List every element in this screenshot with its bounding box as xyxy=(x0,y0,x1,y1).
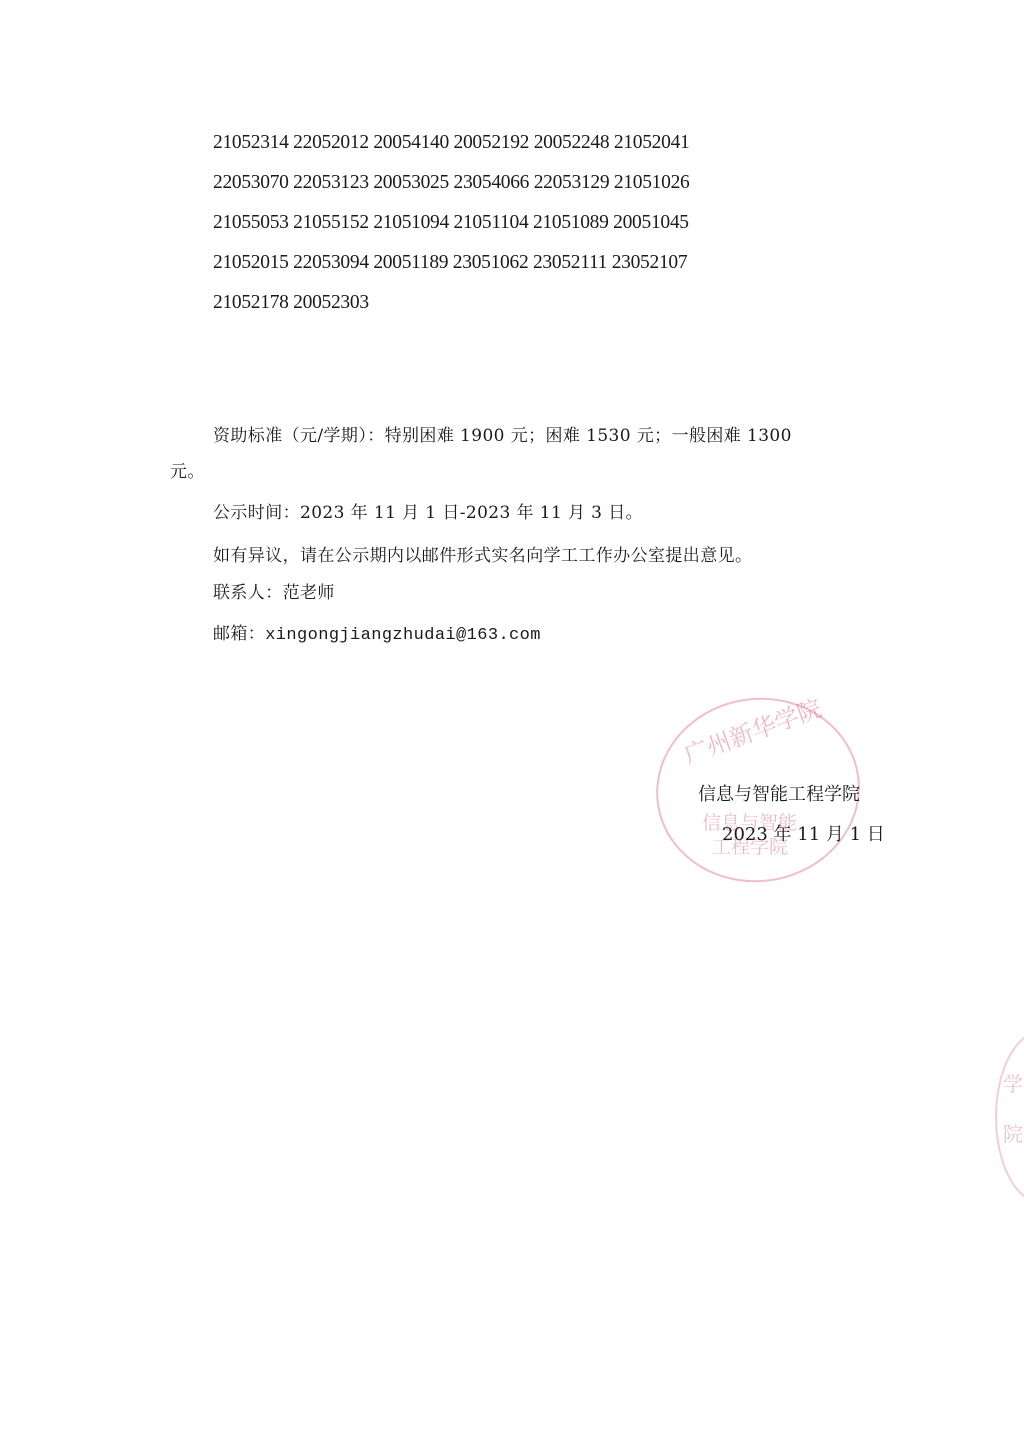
student-id-row: 21052178 20052303 xyxy=(213,288,689,328)
email-label: 邮箱： xyxy=(213,624,265,644)
edge-seal-char: 院 xyxy=(1003,1118,1023,1147)
email-address[interactable]: xingongjiangzhudai@163.com xyxy=(265,626,541,645)
edge-seal xyxy=(995,1030,1024,1204)
student-id-row: 21055053 21055152 21051094 21051104 2105… xyxy=(213,208,689,248)
student-id-row: 21052314 22052012 20054140 20052192 2005… xyxy=(213,128,689,168)
edge-seal-char: 学 xyxy=(1003,1068,1023,1097)
signature-department: 信息与智能工程学院 xyxy=(698,780,860,806)
email-line: 邮箱：xingongjiangzhudai@163.com xyxy=(213,619,541,645)
signature-date: 2023 年 11 月 1 日 xyxy=(722,820,885,846)
student-id-list: 21052314 22052012 20054140 20052192 2005… xyxy=(213,128,689,328)
student-id-row: 22053070 22053123 20053025 23054066 2205… xyxy=(213,168,689,208)
funding-standard-line2: 元。 xyxy=(170,457,205,482)
student-id-row: 21052015 22053094 20051189 23051062 2305… xyxy=(213,248,689,288)
contact-person: 联系人：范老师 xyxy=(213,578,335,603)
funding-standard-line1: 资助标准（元/学期）：特别困难 1900 元；困难 1530 元；一般困难 13… xyxy=(213,421,792,446)
objection-notice: 如有异议，请在公示期内以邮件形式实名向学工工作办公室提出意见。 xyxy=(213,541,752,566)
notice-period: 公示时间：2023 年 11 月 1 日-2023 年 11 月 3 日。 xyxy=(213,498,643,523)
